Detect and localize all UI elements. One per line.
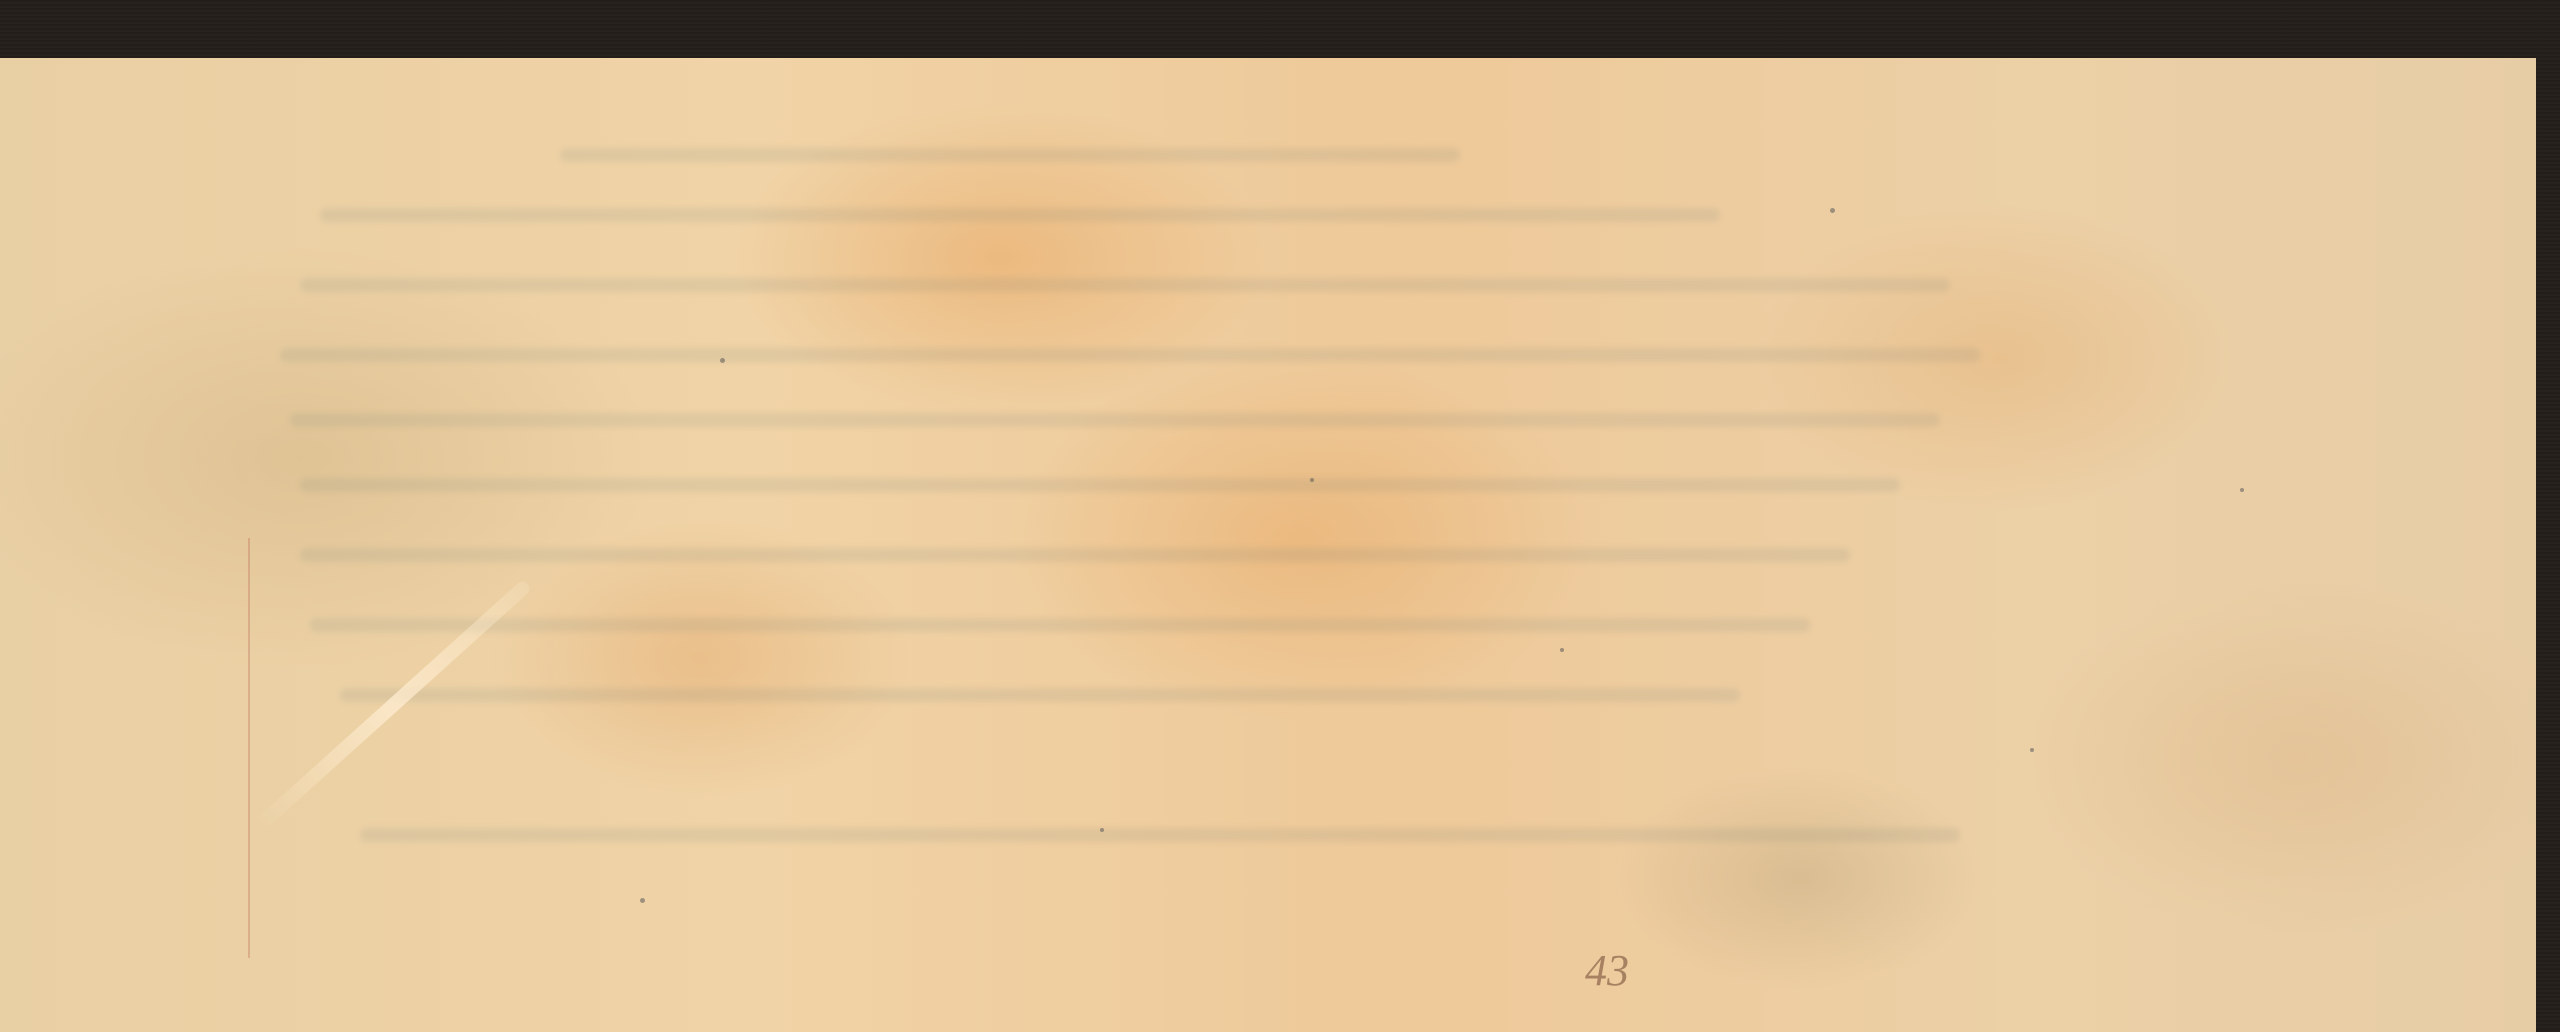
show-through-line: [290, 413, 1940, 427]
paper-speck: [2030, 748, 2034, 752]
paper-speck: [640, 898, 645, 903]
show-through-line: [310, 618, 1810, 632]
margin-ruling-line: [248, 538, 250, 958]
show-through-line: [320, 208, 1720, 222]
show-through-line: [280, 348, 1980, 362]
paper-speck: [2240, 488, 2244, 492]
show-through-line: [340, 688, 1740, 702]
show-through-line: [300, 278, 1950, 292]
show-through-line: [300, 478, 1900, 492]
paper-crease: [255, 579, 532, 830]
show-through-line: [300, 548, 1850, 562]
show-through-line: [360, 828, 1960, 842]
paper-speck: [720, 358, 725, 363]
marginal-notation: 43: [1585, 945, 1629, 996]
paper-speck: [1100, 828, 1104, 832]
paper-speck: [1830, 208, 1835, 213]
paper-speck: [1560, 648, 1564, 652]
paper-speck: [1310, 478, 1314, 482]
aged-paper-sheet: [0, 58, 2536, 1032]
show-through-line: [560, 148, 1460, 162]
